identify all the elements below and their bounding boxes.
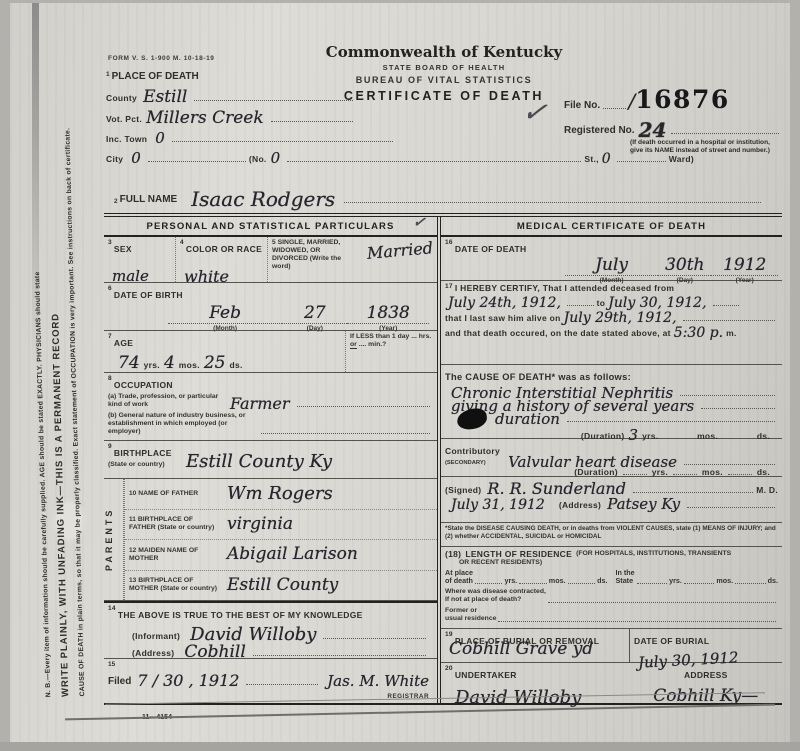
father-birthplace-hint: (State or country) (158, 524, 215, 531)
field-number: 11 (129, 516, 136, 523)
dod-year-value: 1912 (723, 257, 766, 274)
dotted-line (282, 323, 347, 324)
cause-line-2: giving a history of several years (451, 399, 694, 414)
occupation-row: 8OCCUPATION (a) Trade, profession, or pa… (104, 373, 437, 441)
age-days-value: 25 (204, 355, 226, 372)
certificate-body: PERSONAL AND STATISTICAL PARTICULARS ✓ 3… (104, 213, 782, 705)
field-number: 12 (129, 547, 136, 554)
dod-year: 1912 (Year) (711, 257, 778, 284)
dotted-line (623, 473, 647, 475)
scanned-death-certificate: N. B.—Every item of information should b… (0, 0, 800, 751)
field-number: 6 (108, 285, 112, 292)
mother-maiden-value: Abigail Larison (227, 546, 358, 563)
city-value: 0 (131, 151, 141, 166)
dotted-line (568, 582, 596, 584)
house-no-value: 0 (271, 151, 281, 166)
inc-town-value: 0 (155, 131, 165, 146)
dotted-line (148, 160, 246, 162)
dotted-line (246, 683, 318, 685)
informant-block: 14THE ABOVE IS TRUE TO THE BEST OF MY KN… (104, 601, 437, 659)
length-of-residence-block: (18) LENGTH OF RESIDENCE (FOR HOSPITALS,… (441, 547, 782, 629)
undertaker-label: UNDERTAKER (455, 670, 517, 680)
hospital-note: (If death occurred in a hospital or inst… (630, 139, 782, 155)
dotted-line (194, 99, 353, 101)
physician-address-value: Patsey Ky (607, 497, 680, 512)
form-number: FORM V. S. 1-900 M. 10-18-19 (108, 55, 215, 62)
undertaker-address-field: ADDRESS Cobhill Ky— (630, 663, 782, 703)
physician-signature: R. R. Sunderland (487, 481, 626, 497)
attended-to-date: July 30, 1912, (608, 296, 706, 310)
dotted-line (565, 275, 658, 276)
birthplace-value: Estill County Ky (186, 453, 332, 471)
dotted-line (519, 582, 547, 584)
sex-value: male (112, 269, 171, 284)
secondary-hint: (SECONDARY) (445, 459, 500, 467)
dotted-line (637, 582, 667, 584)
field-number: 1 (106, 71, 110, 78)
field-number: 2 (114, 198, 118, 205)
medical-section-title: MEDICAL CERTIFICATE OF DEATH (441, 217, 782, 237)
contracted-label-1: Where was disease contracted, (445, 588, 546, 595)
dotted-line (253, 654, 426, 656)
precinct-value: Millers Creek (146, 110, 264, 127)
hrs-caption: hrs. (419, 333, 431, 340)
personal-particulars-column: PERSONAL AND STATISTICAL PARTICULARS ✓ 3… (104, 217, 441, 703)
mother-birthplace-value: Estill County (227, 577, 338, 594)
last-seen-label: that I last saw him alive on (445, 313, 561, 323)
parents-vertical-label: PARENTS (104, 479, 124, 600)
occupation-a-label: (a) Trade, profession, or particular kin… (108, 393, 226, 409)
date-of-death-row: 16DATE OF DEATH July (Month) 30th (Day) (441, 237, 782, 281)
place-of-death-label: 1PLACE OF DEATH (106, 71, 696, 82)
min-caption: min.? (368, 341, 386, 348)
residence-in-state: In theState yrs. mos. ds. (616, 569, 779, 585)
age-field: 7AGE 74 yrs. 4 mos. 25 ds. (104, 331, 345, 372)
yrs-caption: yrs. (144, 360, 160, 370)
dotted-line (287, 160, 581, 162)
contracted-label-2: If not at place of death? (445, 596, 521, 603)
attest-label: THE ABOVE IS TRUE TO THE BEST OF MY KNOW… (118, 610, 363, 620)
signed-date-value: July 31, 1912 (451, 498, 545, 512)
death-occurred-label: and that death occured, on the date stat… (445, 328, 671, 338)
cause-line-3: duration (495, 412, 560, 427)
field-number: 13 (129, 577, 136, 584)
dotted-line (701, 407, 775, 409)
informant-address-label: (Address) (132, 648, 174, 658)
less-than-one-day-field: If LESS than 1 day ... hrs. or .... min.… (345, 331, 437, 372)
ds-caption: ds. (768, 577, 778, 585)
age-label: AGE (114, 338, 133, 348)
dotted-line (567, 420, 775, 422)
pen-stroke: / (629, 91, 636, 111)
file-no-label: File No. (564, 100, 600, 111)
meridiem-caption: m. (726, 328, 737, 338)
dod-day-value: 30th (665, 257, 704, 274)
physician-signature-block: (Signed) R. R. Sunderland M. D. July 31,… (441, 477, 782, 523)
ward-label: Ward) (669, 154, 694, 164)
certify-lead: I HEREBY CERTIFY, That I attended deceas… (455, 283, 674, 293)
dotted-line (548, 601, 776, 603)
burial-row: 19PLACE OF BURIAL OR REMOVAL Cobhill Gra… (441, 629, 782, 663)
age-row: 7AGE 74 yrs. 4 mos. 25 ds. If LESS (104, 331, 437, 373)
in-state-label-2: State (616, 576, 634, 585)
informant-label: (Informant) (132, 631, 180, 641)
dotted-line (168, 323, 282, 324)
residence-hint-2: OR RECENT RESIDENTS) (459, 559, 778, 567)
dotted-line (633, 491, 753, 493)
dotted-line (728, 473, 752, 475)
county-label: County (106, 93, 137, 103)
precinct-label: Vot. Pct. (106, 114, 142, 124)
dotted-line (172, 140, 393, 142)
house-no-label: (No. (249, 154, 267, 164)
certificate-header: FORM V. S. 1-900 M. 10-18-19 Commonwealt… (104, 43, 782, 213)
dotted-line (684, 582, 714, 584)
sex-field: 3SEX male (104, 237, 176, 282)
certificate-form: FORM V. S. 1-900 M. 10-18-19 Commonwealt… (104, 43, 782, 721)
yrs-caption: yrs. (669, 577, 682, 585)
personal-section-text: PERSONAL AND STATISTICAL PARTICULARS (147, 221, 395, 232)
or-caption: or (350, 341, 357, 349)
sex-label: SEX (114, 244, 132, 254)
occupation-a-value: Farmer (230, 396, 290, 412)
violent-causes-footnote: *State the DISEASE CAUSING DEATH, or in … (441, 523, 782, 547)
dotted-line (617, 160, 666, 162)
physician-address-label: (Address) (559, 500, 601, 510)
yrs-caption: yrs. (652, 467, 668, 477)
ds-caption: ds. (229, 360, 242, 370)
dob-month-value: Feb (209, 305, 241, 322)
dob-day: 27 (Day) (282, 305, 347, 332)
dob-label: DATE OF BIRTH (114, 290, 183, 300)
undertaker-address-label: ADDRESS (684, 670, 728, 680)
father-name-value: Wm Rogers (227, 485, 333, 503)
age-years-value: 74 (118, 355, 140, 372)
registrar-signature: Jas. M. White (327, 674, 429, 689)
burial-date-field: DATE OF BURIAL July 30, 1912 (630, 629, 782, 662)
full-name-value: Isaac Rodgers (191, 189, 335, 209)
birthplace-row: 9BIRTHPLACE (State or country) Estill Co… (104, 441, 437, 479)
dotted-line (673, 473, 697, 475)
burial-place-field: 19PLACE OF BURIAL OR REMOVAL Cobhill Gra… (441, 629, 630, 662)
birthplace-label: BIRTHPLACE (114, 448, 172, 458)
file-no-value: 16876 (635, 85, 729, 114)
father-birthplace-row: 11BIRTHPLACE OF FATHER (State or country… (125, 510, 437, 541)
occupation-b-label: (b) General nature of industry business,… (108, 412, 258, 436)
field-number: 10 (129, 490, 136, 497)
dob-year: 1838 (Year) (347, 305, 429, 332)
file-number-block: File No. / 16876 Registered No. 24 (If d… (564, 85, 782, 155)
dotted-line (687, 506, 775, 508)
dotted-line (713, 304, 740, 306)
cause-of-death-block: The CAUSE OF DEATH* was as follows: Chro… (441, 365, 782, 439)
race-label: COLOR OR RACE (186, 244, 262, 254)
dotted-line (711, 275, 778, 276)
mother-maiden-label: MAIDEN NAME OF MOTHER (129, 547, 198, 562)
mother-birthplace-hint: (State or country) (160, 585, 217, 592)
dotted-line (297, 405, 431, 407)
father-name-label: NAME OF FATHER (138, 490, 198, 497)
ds-caption: ds. (757, 467, 770, 477)
dotted-line (735, 582, 765, 584)
footnote-text: *State the DISEASE CAUSING DEATH, or in … (445, 525, 778, 540)
death-time-value: 5:30 p. (674, 326, 723, 340)
personal-section-title: PERSONAL AND STATISTICAL PARTICULARS ✓ (104, 217, 437, 237)
to-caption: to (597, 298, 606, 308)
field-number: 16 (445, 239, 453, 246)
parents-block: PARENTS 10NAME OF FATHER Wm Rogers 11BIR… (104, 479, 437, 601)
date-of-birth-row: 6DATE OF BIRTH Feb (Month) 27 (Day) (104, 283, 437, 331)
medical-certificate-column: MEDICAL CERTIFICATE OF DEATH 16DATE OF D… (441, 217, 782, 703)
dod-month: July (Month) (565, 257, 658, 284)
race-field: 4COLOR OR RACE white (176, 237, 268, 282)
field-number: 4 (180, 239, 184, 246)
duration-caption: (Duration) (574, 467, 618, 477)
field-number: 9 (108, 443, 112, 450)
dod-label: DATE OF DEATH (455, 244, 527, 254)
mos-caption: mos. (179, 360, 200, 370)
yrs-caption: yrs. (504, 577, 517, 585)
dotted-line (475, 582, 503, 584)
md-caption: M. D. (756, 485, 778, 495)
field-number: (18) (445, 549, 461, 559)
certify-block: 17I HEREBY CERTIFY, That I attended dece… (441, 281, 782, 365)
contributory-label: Contributory (445, 446, 500, 456)
dotted-line (680, 394, 775, 396)
full-name-block: 2 FULL NAME Isaac Rodgers (114, 189, 764, 205)
full-name-label: FULL NAME (120, 194, 178, 205)
undertaker-address-value: Cobhill Ky— (634, 688, 778, 705)
former-residence-label-1: Former or (445, 607, 477, 614)
field-number: 20 (445, 665, 453, 672)
filed-date-value: 7 / 30 , 1912 (137, 673, 239, 689)
dod-month-value: July (595, 257, 628, 274)
place-of-death-text: PLACE OF DEATH (112, 71, 199, 82)
less-label-1: If LESS than (350, 333, 390, 340)
dotted-line (567, 304, 594, 306)
field-number: 19 (445, 631, 453, 638)
mother-maiden-row: 12MAIDEN NAME OF MOTHER Abigail Larison (125, 540, 437, 571)
dotted-line (658, 275, 711, 276)
ds-caption: ds. (597, 577, 607, 585)
at-place-label-2: of death (445, 576, 473, 585)
filed-label: Filed (108, 676, 131, 687)
field-number: 8 (108, 375, 112, 382)
dotted-line (498, 620, 776, 622)
father-birthplace-value: virginia (227, 516, 293, 533)
left-margin-instructions: N. B.—Every item of information should b… (28, 67, 87, 698)
cause-label: The CAUSE OF DEATH* was as follows: (445, 372, 631, 382)
birthplace-hint: (State or country) (108, 461, 178, 469)
occupation-label: OCCUPATION (114, 380, 173, 390)
residence-hint-1: (FOR HOSPITALS, INSTITUTIONS, TRANSIENTS (576, 550, 731, 559)
dotted-line (344, 201, 761, 203)
burial-date-label: DATE OF BURIAL (634, 636, 709, 646)
attended-from-date: July 24th, 1912, (448, 296, 561, 310)
inc-town-label: Inc. Town (106, 134, 147, 144)
filed-block: 15 Filed 7 / 30 , 1912 Jas. M. White REG… (104, 659, 437, 703)
dob-day-value: 27 (304, 305, 326, 322)
age-months-value: 4 (164, 355, 175, 372)
medical-section-text: MEDICAL CERTIFICATE OF DEATH (517, 221, 706, 232)
dod-day: 30th (Day) (658, 257, 711, 284)
dotted-line (671, 132, 779, 134)
contributory-block: Contributory (SECONDARY) Valvular heart … (441, 439, 782, 477)
marital-value: Married (366, 240, 433, 262)
dotted-line (271, 120, 353, 122)
father-name-row: 10NAME OF FATHER Wm Rogers (125, 479, 437, 510)
commonwealth-title: Commonwealth of Kentucky (254, 43, 634, 61)
last-seen-date: July 29th, 1912, (564, 311, 677, 325)
county-value: Estill (143, 89, 187, 106)
less-label-2: 1 day (392, 333, 409, 340)
registered-no-value: 24 (639, 120, 667, 140)
sex-race-marital-row: 3SEX male 4COLOR OR RACE white 5SINGLE, … (104, 237, 437, 283)
city-label: City (106, 154, 123, 164)
dotted-line (347, 323, 429, 324)
residence-at-place: At placeof death yrs. mos. ds. (445, 569, 608, 585)
dob-month: Feb (Month) (168, 305, 282, 332)
field-number: 7 (108, 333, 112, 340)
signed-label: (Signed) (445, 485, 481, 495)
dob-year-value: 1838 (367, 305, 410, 322)
field-number: 17 (445, 283, 453, 290)
field-number: 14 (108, 605, 116, 612)
dotted-line (323, 637, 426, 639)
field-number: 15 (108, 661, 115, 668)
residence-label: LENGTH OF RESIDENCE (465, 549, 572, 559)
dotted-line (261, 432, 430, 434)
marital-field: 5SINGLE, MARRIED, WIDOWED, OR DIVORCED (… (268, 237, 437, 282)
mos-caption: mos. (549, 577, 566, 585)
dotted-line (603, 107, 625, 109)
street-label: St., (584, 154, 598, 164)
field-number: 5 (272, 239, 276, 246)
mos-caption: mos. (702, 467, 723, 477)
mother-birthplace-row: 13BIRTHPLACE OF MOTHER (State or country… (125, 571, 437, 601)
former-residence-label-2: usual residence (445, 615, 496, 622)
dotted-line (683, 319, 775, 321)
certificate-paper: N. B.—Every item of information should b… (10, 3, 790, 743)
field-number: 3 (108, 239, 112, 246)
scan-edge-band (0, 742, 800, 751)
stray-check-mark: ✓ (412, 212, 427, 231)
registered-no-label: Registered No. (564, 125, 635, 136)
dotted-line (684, 463, 775, 465)
mos-caption: mos. (716, 577, 733, 585)
burial-place-value: Cobhill Grave yd (449, 641, 593, 658)
